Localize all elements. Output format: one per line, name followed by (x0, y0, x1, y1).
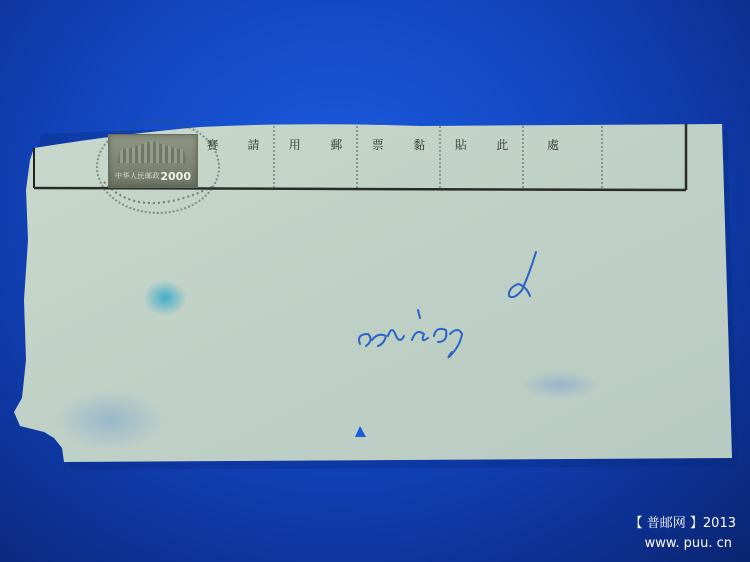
header-cell-1: 賽 請 (192, 122, 274, 188)
paper-shape (0, 0, 750, 562)
header-cell-4: 貼 此 (440, 122, 523, 188)
paper-slip: 中华人民邮政 2000 賽 請 用 郵 票 黏 貼 此 處 (0, 0, 750, 562)
header-cell-3: 票 黏 (357, 122, 440, 188)
watermark-line1: 【 普邮网 】2013 (630, 514, 736, 534)
header-cell-2: 用 郵 (274, 122, 357, 188)
header-cell-5: 處 (523, 122, 602, 188)
stamp-header-row: 賽 請 用 郵 票 黏 貼 此 處 (32, 122, 686, 188)
watermark-url: www. puu. cn (630, 534, 736, 554)
site-watermark: 【 普邮网 】2013 www. puu. cn (630, 514, 736, 554)
